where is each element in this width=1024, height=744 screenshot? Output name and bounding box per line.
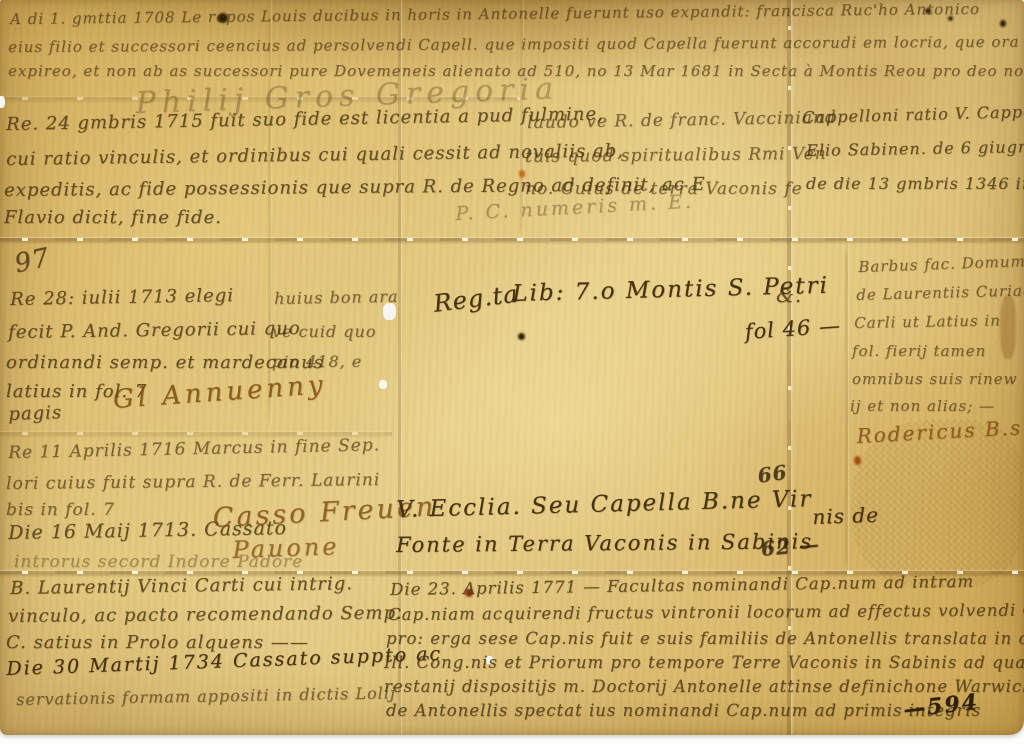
brown-smear [1000,295,1016,359]
manuscript-line: huius bon ara [274,287,399,308]
manuscript-line: de Laurentiis Curiae [856,281,1024,304]
manuscript-line: Fonte in Terra Vaconis in Sabinis [396,529,813,557]
register-ampersand: &. [776,283,802,307]
manuscript-line: pro: erga sese Cap.nis fuit e suis famil… [386,629,1024,648]
manuscript-line: Carli ut Latius in [854,311,1001,332]
manuscript-line: introrus secord Indore Padore [14,552,303,572]
manuscript-line: omnibus suis rinew [852,370,1017,388]
manuscript-line: vinculo, ac pacto recomendando Semp. [8,603,403,627]
manuscript-line: A di 1. gmttia 1708 Le repos Louis ducib… [10,0,980,28]
manuscript-line: fol. fierij tamen [852,342,986,360]
manuscript-line: tuis quod spiritualibus Rmi Ven [525,144,827,167]
signature: Gl Annuenny [112,370,328,415]
register-folio: fol 46 — [744,313,842,344]
manuscript-line: eius filio et successori ceencius ad per… [8,32,1024,56]
manuscript-line: Re. 24 gmbris 1715 fuit suo fide est lic… [6,104,604,135]
manuscript-line: pio 418, e [272,352,362,371]
manuscript-line: Die 23. Aprilis 1771 — Facultas nominand… [390,572,974,599]
paper-damage-patch [379,380,387,389]
register-reg-label: Reg.ta [432,280,520,318]
manuscript-line: Barbus fac. Domum [858,252,1024,276]
manuscript-line: Elio Sabinen. de 6 giugni 1319 [806,136,1024,160]
scanned-document-page: A di 1. gmttia 1708 Le repos Louis ducib… [0,0,1024,744]
manuscript-line: lori cuius fuit supra R. de Ferr. Laurin… [6,470,380,494]
manuscript-line: Cappelloni ratio V. Cappella [802,101,1024,127]
rust-spot [854,456,861,465]
speck-stain [1000,20,1006,27]
ink-dot [518,333,525,340]
manuscript-line: Flavio dicit, fine fide. [4,207,222,228]
manuscript-line: de die 13 gmbris 1346 in [806,174,1024,193]
manuscript-line: Re 11 Aprilis 1716 Marcus in fine Sep. [8,435,380,463]
manuscript-line: restanij dispositijs m. Doctorij Antonel… [384,677,1024,696]
paper-damage-nick [0,96,5,108]
manuscript-line: ij et non alias; — [850,397,995,415]
manuscript-scan: A di 1. gmttia 1708 Le repos Louis ducib… [0,0,1024,735]
marginal-number: 66 [756,460,789,488]
manuscript-line: bis in fol. 7 [6,500,115,520]
manuscript-line: servationis formam appositi in dictis Lo… [16,683,396,709]
flourish-mark: 97 [12,243,53,280]
manuscript-line: Ill. Cong.nis et Priorum pro tempore Ter… [384,653,1024,672]
manuscript-line: ve cuid quo [272,322,376,341]
manuscript-line: de Antonellis spectat ius nominandi Cap.… [386,701,981,720]
manuscript-line: fecit P. And. Gregorii cui quo [8,318,301,343]
manuscript-line: V. Ecclia. Seu Capella B.ne Vir [396,486,813,523]
fold-line-horizontal [0,432,392,435]
manuscript-line: B. Laurentij Vinci Carti cui intrig. [10,573,353,599]
fold-line-horizontal [0,238,1024,241]
manuscript-line: Cap.niam acquirendi fructus vintronii lo… [388,600,1024,624]
manuscript-line: nis de [812,503,879,529]
manuscript-line: pagis [8,402,62,425]
marginal-number: 62 — [760,532,821,561]
manuscript-line: Re 28: iulii 1713 elegi [10,285,234,310]
